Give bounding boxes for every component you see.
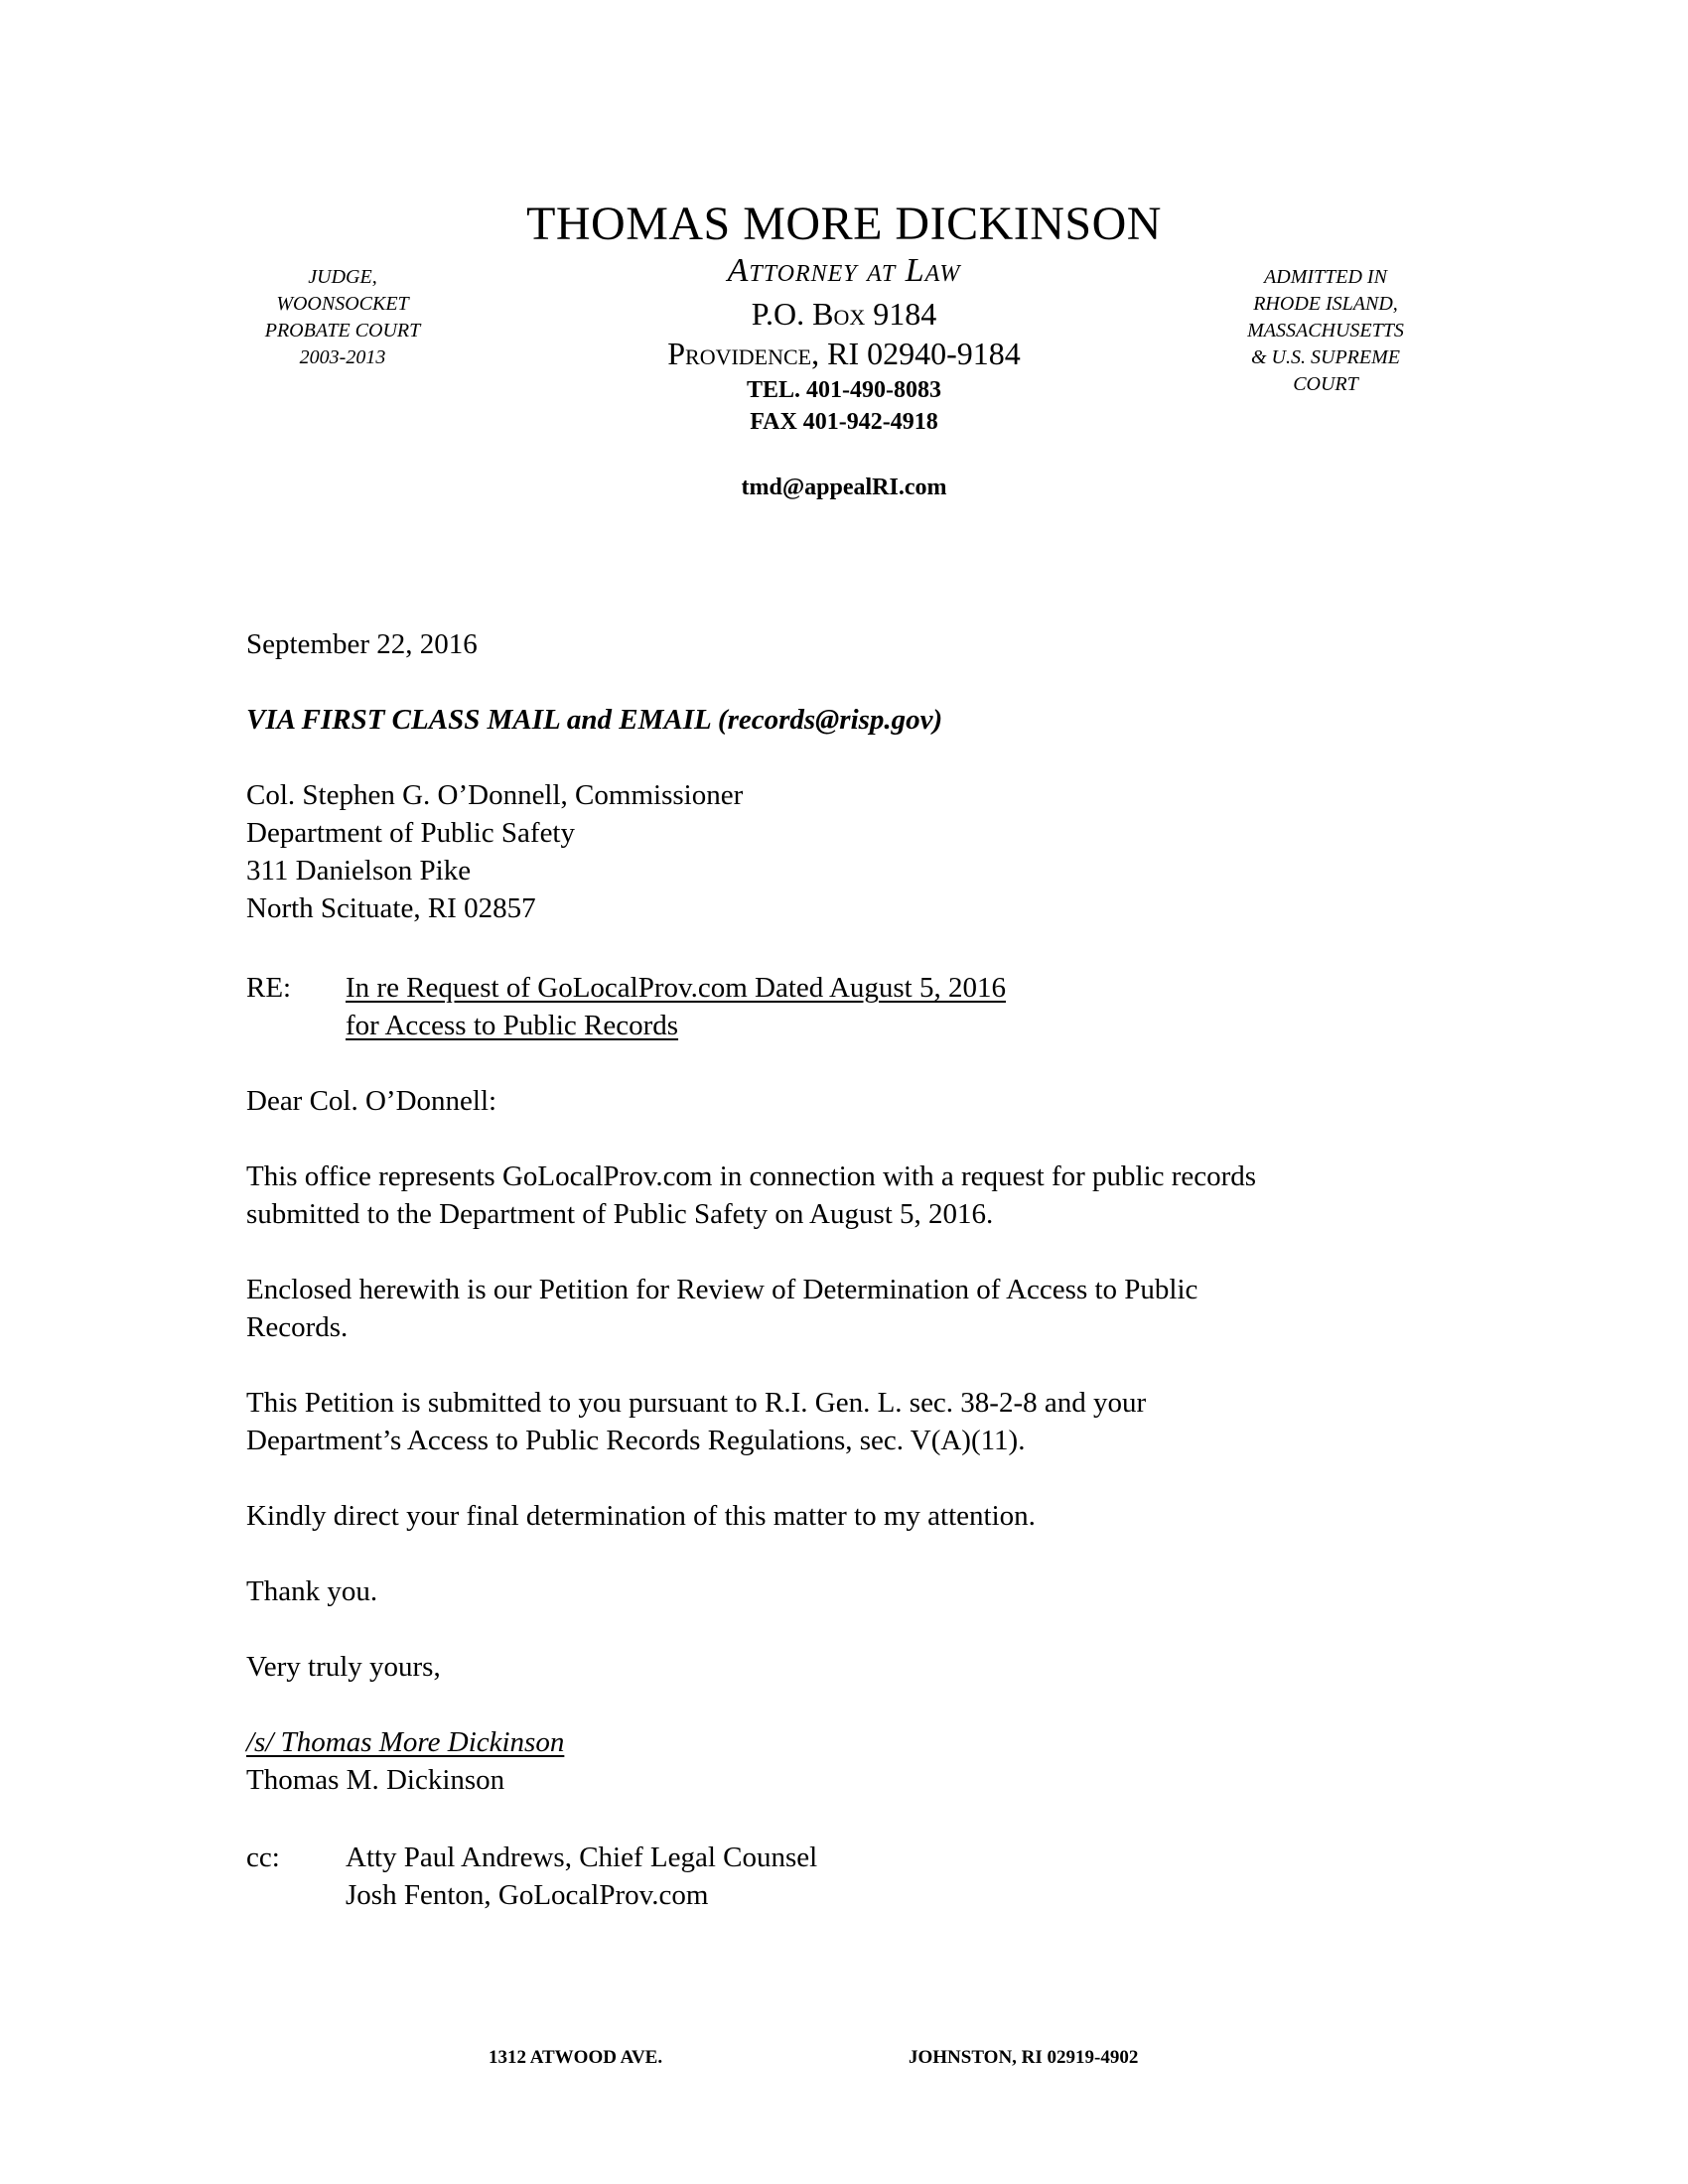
delivery-method: VIA FIRST CLASS MAIL and EMAIL (records@… bbox=[246, 701, 1468, 739]
letter-date: September 22, 2016 bbox=[246, 625, 1468, 663]
paragraph: Thank you. bbox=[246, 1572, 1468, 1610]
admission-line: MASSACHUSETTS bbox=[1201, 318, 1450, 344]
closing: Very truly yours, bbox=[246, 1648, 1468, 1686]
cc-list: cc:Atty Paul Andrews, Chief Legal Counse… bbox=[246, 1839, 817, 1914]
footer-city: JOHNSTON, RI 02919-4902 bbox=[909, 2047, 1138, 2069]
recipient-line: 311 Danielson Pike bbox=[246, 852, 1468, 889]
paragraph: Enclosed herewith is our Petition for Re… bbox=[246, 1271, 1468, 1346]
fax: FAX 401-942-4918 bbox=[0, 409, 1688, 436]
paragraph-line: This Petition is submitted to you pursua… bbox=[246, 1384, 1468, 1422]
recipient-line: North Scituate, RI 02857 bbox=[246, 889, 1468, 927]
re-label: RE: bbox=[246, 969, 346, 1007]
credential-line: JUDGE, bbox=[218, 264, 467, 291]
email-address: tmd@appealRI.com bbox=[0, 475, 1688, 501]
salutation: Dear Col. O’Donnell: bbox=[246, 1082, 1468, 1120]
footer-street: 1312 ATWOOD AVE. bbox=[489, 2047, 662, 2069]
admission-line: RHODE ISLAND, bbox=[1201, 291, 1450, 318]
paragraph-line: Kindly direct your final determination o… bbox=[246, 1497, 1468, 1535]
paragraph: This office represents GoLocalProv.com i… bbox=[246, 1158, 1468, 1233]
paragraph-line: Department’s Access to Public Records Re… bbox=[246, 1422, 1468, 1459]
signer-name: Thomas M. Dickinson bbox=[246, 1761, 1468, 1799]
bar-admissions: ADMITTED IN RHODE ISLAND, MASSACHUSETTS … bbox=[1201, 264, 1450, 398]
admission-line: ADMITTED IN bbox=[1201, 264, 1450, 291]
credential-line: WOONSOCKET bbox=[218, 291, 467, 318]
cc-recipient: Josh Fenton, GoLocalProv.com bbox=[246, 1876, 817, 1914]
admission-line: COURT bbox=[1201, 371, 1450, 398]
signature-block: /s/ Thomas More Dickinson Thomas M. Dick… bbox=[246, 1723, 1468, 1799]
recipient-line: Col. Stephen G. O’Donnell, Commissioner bbox=[246, 776, 1468, 814]
re-line: In re Request of GoLocalProv.com Dated A… bbox=[346, 972, 1006, 1004]
paragraph-line: This office represents GoLocalProv.com i… bbox=[246, 1158, 1468, 1195]
attorney-name: THOMAS MORE DICKINSON bbox=[0, 197, 1688, 251]
paragraph: Kindly direct your final determination o… bbox=[246, 1497, 1468, 1535]
paragraph-line: Thank you. bbox=[246, 1572, 1468, 1610]
electronic-signature: /s/ Thomas More Dickinson bbox=[246, 1726, 564, 1758]
admission-line: & U.S. SUPREME bbox=[1201, 344, 1450, 371]
paragraph-line: submitted to the Department of Public Sa… bbox=[246, 1195, 1468, 1233]
paragraph-line: Records. bbox=[246, 1308, 1468, 1346]
re-line: for Access to Public Records bbox=[346, 1010, 678, 1041]
re-subject: RE:In re Request of GoLocalProv.com Date… bbox=[246, 969, 1006, 1044]
cc-label: cc: bbox=[246, 1839, 346, 1876]
paragraph: This Petition is submitted to you pursua… bbox=[246, 1384, 1468, 1459]
recipient-address: Col. Stephen G. O’Donnell, Commissioner … bbox=[246, 776, 1468, 927]
cc-recipient: Atty Paul Andrews, Chief Legal Counsel bbox=[346, 1842, 817, 1873]
credential-line: PROBATE COURT bbox=[218, 318, 467, 344]
judge-credentials: JUDGE, WOONSOCKET PROBATE COURT 2003-201… bbox=[218, 264, 467, 371]
credential-line: 2003-2013 bbox=[218, 344, 467, 371]
recipient-line: Department of Public Safety bbox=[246, 814, 1468, 852]
paragraph-line: Enclosed herewith is our Petition for Re… bbox=[246, 1271, 1468, 1308]
